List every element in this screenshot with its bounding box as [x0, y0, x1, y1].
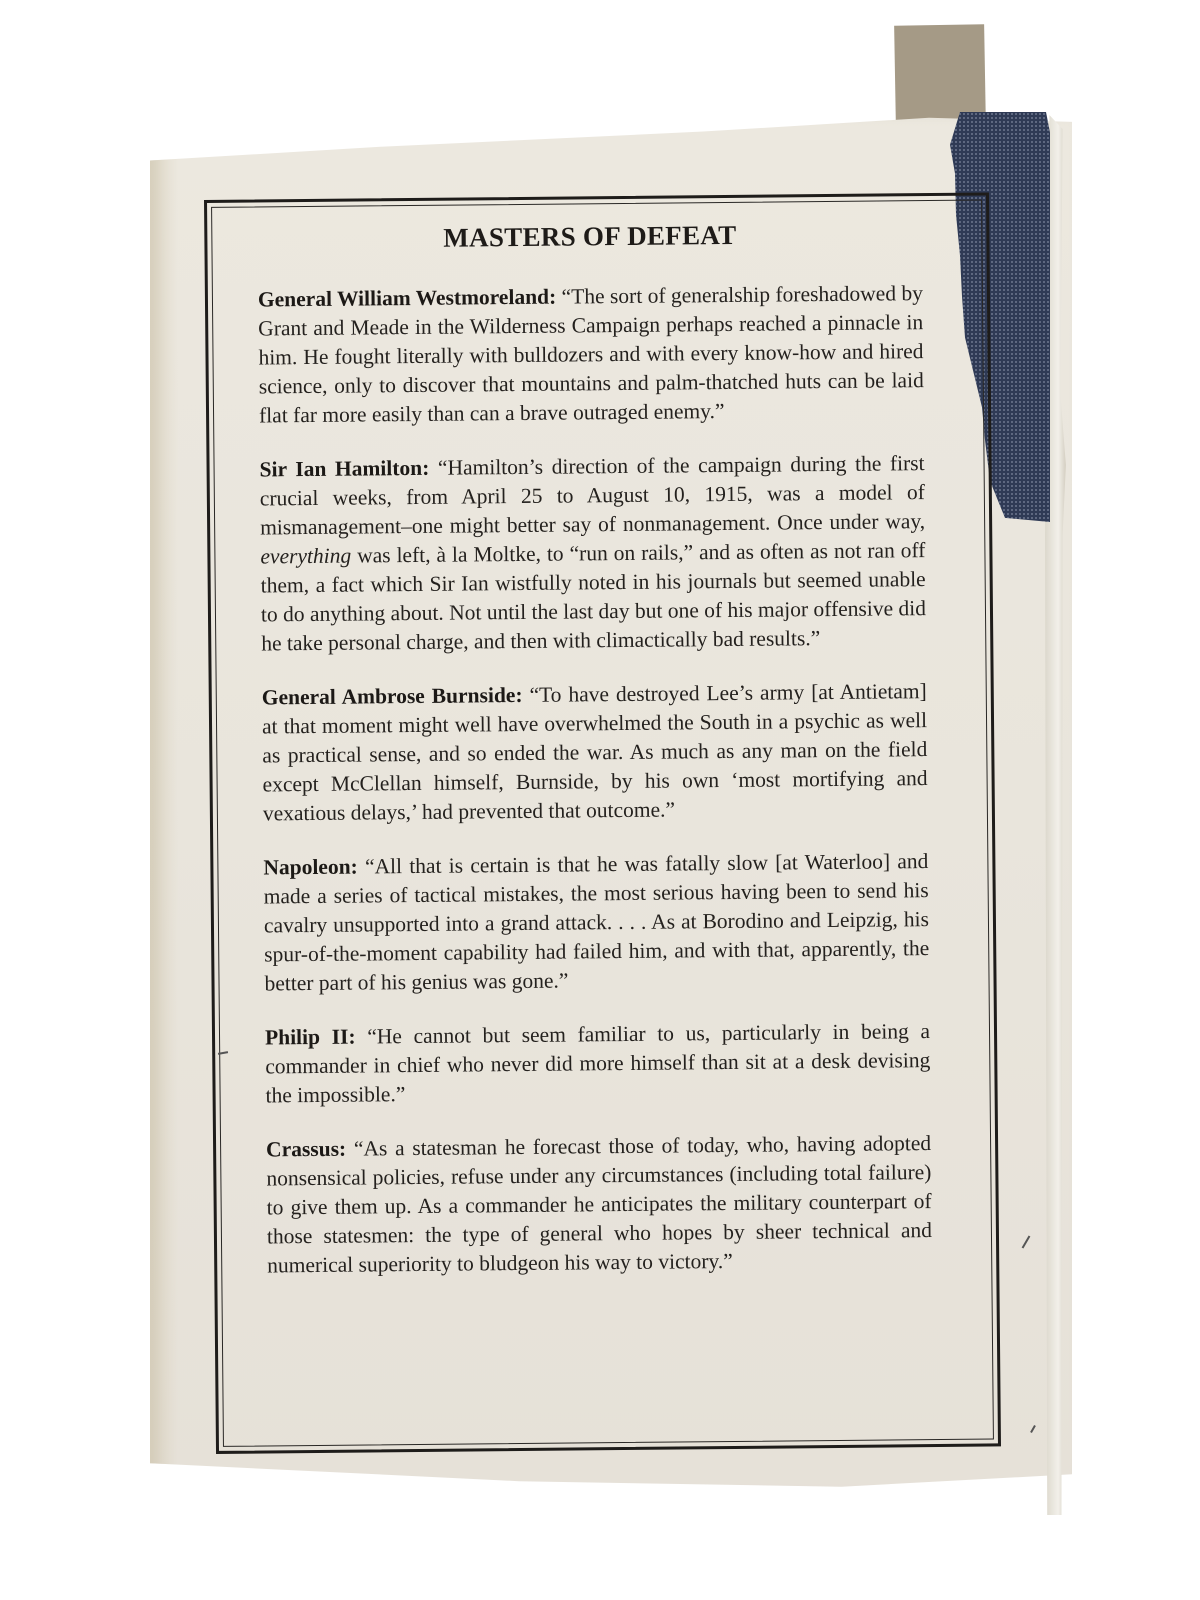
entry-quote: “All that is certain is that he was fata… [264, 849, 930, 995]
tape-strip [894, 24, 986, 126]
entry-quote: “As a statesman he forecast those of tod… [266, 1131, 932, 1277]
entry-westmoreland: General William Westmoreland: “The sort … [258, 279, 924, 430]
entry-quote: “He cannot but seem familiar to us, part… [265, 1019, 930, 1107]
entry-quote-emphasis: everything [260, 544, 351, 569]
entry-philip-ii: Philip II: “He cannot but seem familiar … [265, 1017, 931, 1110]
double-rule-frame: MASTERS OF DEFEAT General William Westmo… [204, 192, 1001, 1453]
entry-burnside: General Ambrose Burnside: “To have destr… [262, 677, 928, 828]
jacket-text: MASTERS OF DEFEAT General William Westmo… [257, 218, 932, 1305]
entry-name: General Ambrose Burnside: [262, 683, 523, 710]
page-title: MASTERS OF DEFEAT [257, 218, 922, 255]
entry-name: General William Westmoreland: [258, 285, 556, 312]
entry-name: Sir Ian Hamilton: [259, 456, 429, 482]
entry-crassus: Crassus: “As a statesman he forecast tho… [266, 1129, 932, 1280]
entry-name: Crassus: [266, 1137, 346, 1162]
entry-hamilton: Sir Ian Hamilton: “Hamilton’s direction … [259, 449, 926, 658]
entry-name: Napoleon: [263, 855, 358, 880]
entry-name: Philip II: [265, 1025, 356, 1050]
entry-quote: was left, à la Moltke, to “run on rails,… [261, 538, 926, 655]
entry-napoleon: Napoleon: “All that is certain is that h… [263, 847, 929, 998]
